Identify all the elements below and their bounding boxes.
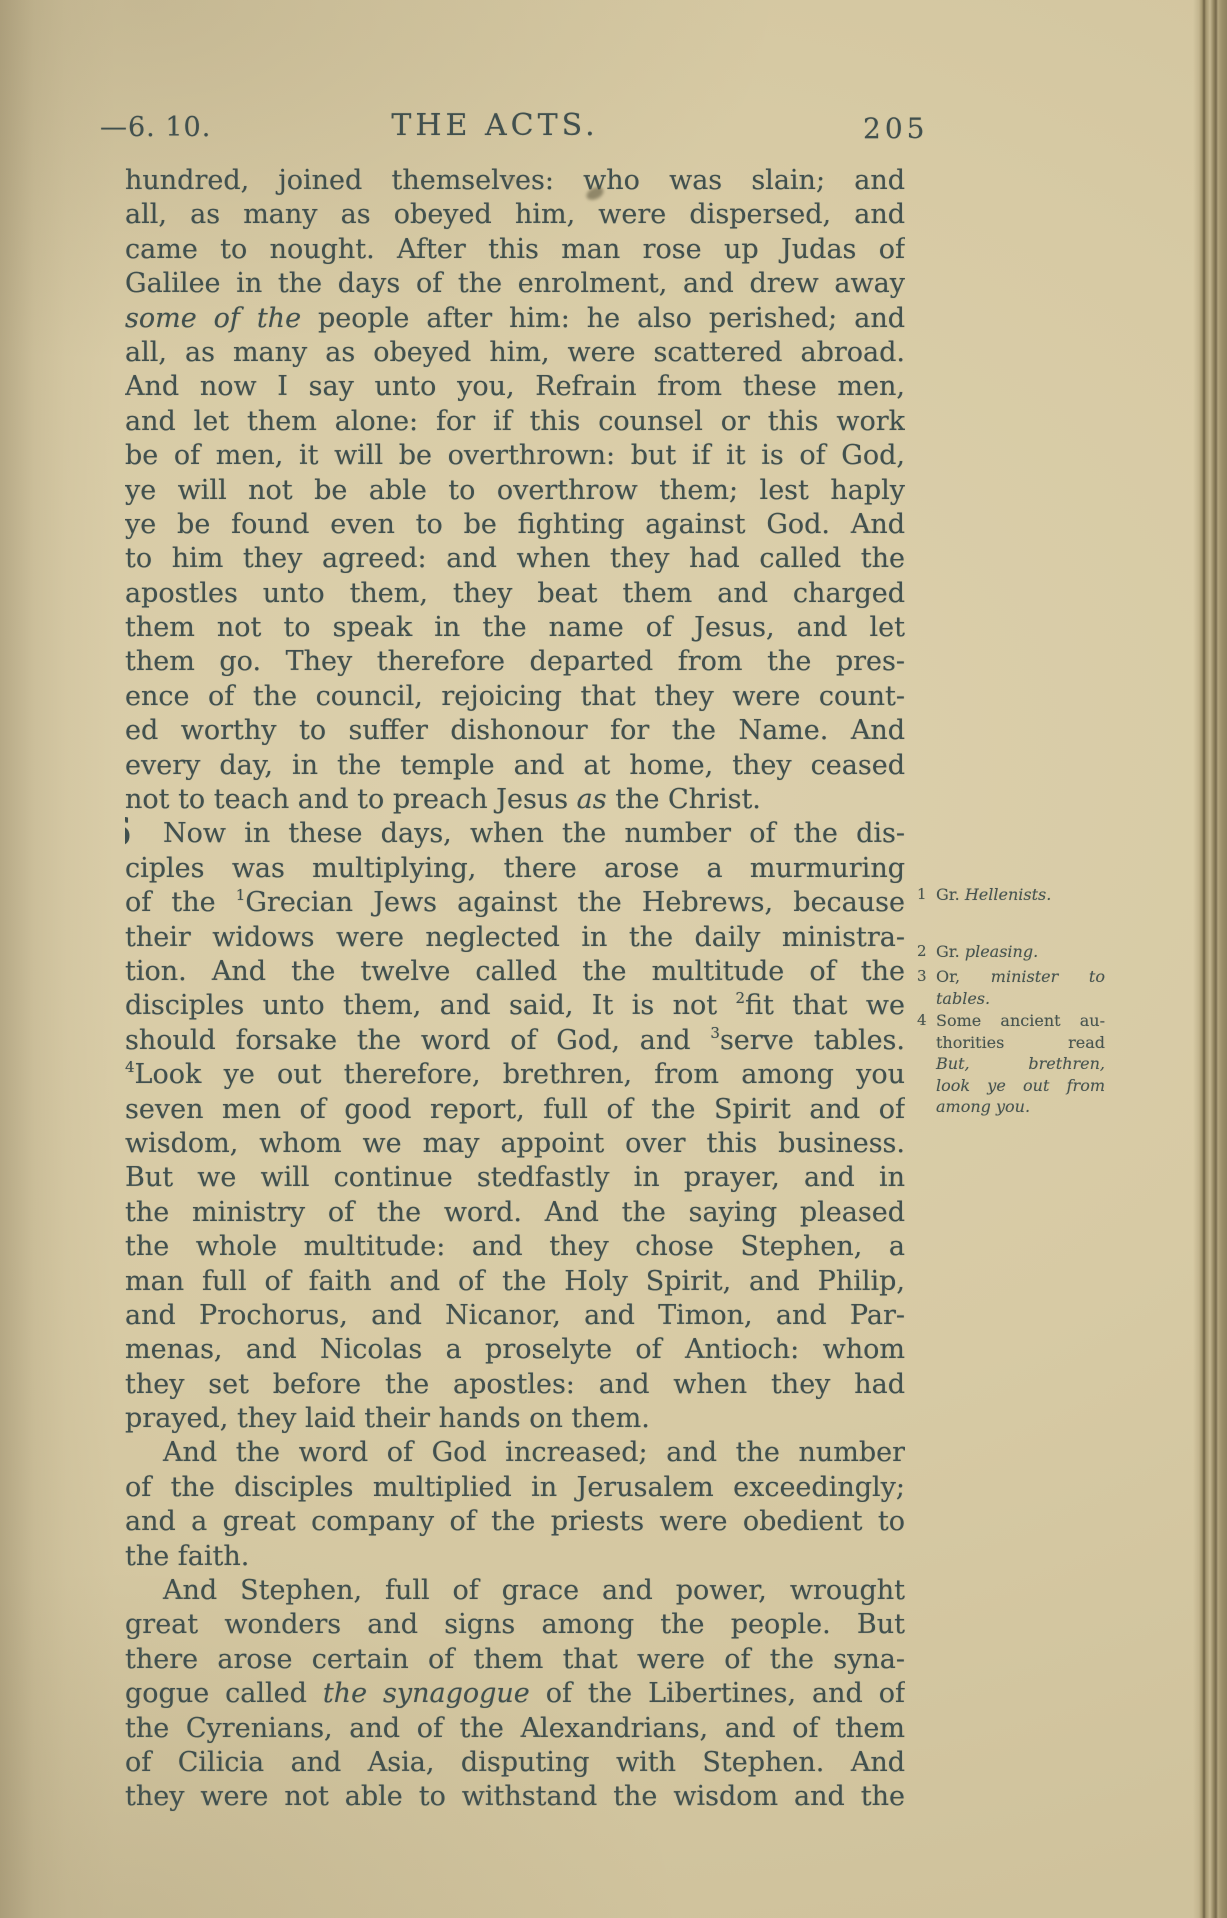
body-text: hundred, joined themselves: who was slai… — [125, 164, 905, 1815]
text-line: 40ye be found even to be fighting agains… — [125, 508, 905, 542]
text-line: the whole multitude: and they chose Step… — [125, 1230, 905, 1264]
text-segment: hundred, joined themselves: who was slai… — [125, 165, 905, 196]
text-line: apostles unto them, they beat them and c… — [125, 577, 905, 611]
text-segment: ed worthy to suffer dishonour for the Na… — [125, 715, 905, 746]
text-line: they were not able to withstand the wisd… — [125, 1780, 905, 1814]
text-segment: Gr. — [936, 885, 965, 904]
text-segment: wisdom, whom we may appoint over this bu… — [125, 1128, 905, 1159]
text-segment: of the disciples multiplied in Jerusalem… — [125, 1472, 905, 1503]
text-segment: ye will not be able to overthrow them; l… — [125, 475, 905, 506]
text-line: all, as many as obeyed him, were dispers… — [125, 198, 905, 232]
text-line: gogue called the synagogue of the Libert… — [125, 1677, 905, 1711]
text-segment: gogue called — [125, 1678, 323, 1709]
text-segment: tion. And the twelve called the multitud… — [125, 956, 905, 987]
margin-note: 4Some ancient au-thorities readBut, bret… — [917, 1010, 1105, 1118]
running-title: THE ACTS. — [0, 108, 990, 143]
text-segment: to him they agreed: and when they had ca… — [125, 543, 905, 574]
text-line: some of the people after him: he also pe… — [125, 302, 905, 336]
text-line: and Prochorus, and Nicanor, and Timon, a… — [125, 1299, 905, 1333]
text-line: 39be of men, it will be overthrown: but … — [125, 439, 905, 473]
text-segment: and let them alone: for if this counsel … — [125, 406, 905, 437]
text-line: 34Look ye out therefore, brethren, from … — [125, 1058, 905, 1092]
text-segment: and a great company of the priests were … — [125, 1506, 905, 1537]
text-segment: the whole multitude: and they chose Step… — [125, 1231, 905, 1262]
text-segment: among you. — [936, 1097, 1030, 1116]
text-segment: as — [577, 784, 607, 815]
text-line: 38And now I say unto you, Refrain from t… — [125, 370, 905, 404]
text-segment: ciples was multiplying, there arose a mu… — [125, 853, 905, 884]
text-line: 7And the word of God increased; and the … — [125, 1436, 905, 1470]
text-line: prayed, they laid their hands on them. — [125, 1402, 905, 1436]
text-segment: tables. — [936, 989, 990, 1008]
text-line: ciples was multiplying, there arose a mu… — [125, 852, 905, 886]
text-line: seven men of good report, full of the Sp… — [125, 1093, 905, 1127]
text-segment: came to nought. After this man rose up J… — [125, 234, 905, 265]
text-segment: apostles unto them, they beat them and c… — [125, 578, 905, 609]
text-line: the faith. — [125, 1540, 905, 1574]
text-line: and let them alone: for if this counsel … — [125, 405, 905, 439]
text-segment: should forsake the word of God, and — [125, 1025, 710, 1056]
text-line: ye will not be able to overthrow them; l… — [125, 474, 905, 508]
text-segment: of the — [125, 887, 236, 918]
margin-note-line: Gr. pleasing. — [936, 941, 1105, 963]
text-line: all, as many as obeyed him, were scatter… — [125, 336, 905, 370]
text-line: 42ed worthy to suffer dishonour for the … — [125, 714, 905, 748]
note-marker: 4 — [125, 1058, 135, 1076]
text-segment: ence of the council, rejoicing that they… — [125, 681, 905, 712]
text-line: should forsake the word of God, and 3ser… — [125, 1024, 905, 1058]
text-line: 5the ministry of the word. And the sayin… — [125, 1196, 905, 1230]
text-segment: Some ancient au- — [936, 1011, 1105, 1030]
margin-note-number: 3 — [917, 966, 927, 988]
text-line: to him they agreed: and when they had ca… — [125, 542, 905, 576]
margin-note: 2Gr. pleasing. — [917, 941, 1105, 963]
text-segment: ye be found even to be fighting against … — [125, 509, 905, 540]
text-segment: the Cyrenians, and of the Alexandrians, … — [125, 1713, 905, 1744]
text-segment: man full of faith and of the Holy Spirit… — [125, 1266, 905, 1297]
text-line: and a great company of the priests were … — [125, 1505, 905, 1539]
text-segment: seven men of good report, full of the Sp… — [125, 1094, 905, 1125]
text-segment: the Christ. — [607, 784, 761, 815]
text-line: them not to speak in the name of Jesus, … — [125, 611, 905, 645]
text-segment: And the word of God increased; and the n… — [163, 1437, 905, 1468]
text-line: of the 1Grecian Jews against the Hebrews… — [125, 886, 905, 920]
text-segment: Grecian Jews against the Hebrews, becaus… — [245, 887, 905, 918]
text-line: of the disciples multiplied in Jerusalem… — [125, 1471, 905, 1505]
text-segment: prayed, they laid their hands on them. — [125, 1403, 650, 1434]
text-line: there arose certain of them that were of… — [125, 1643, 905, 1677]
text-line: 4But we will continue stedfastly in pray… — [125, 1161, 905, 1195]
text-line: the Cyrenians, and of the Alexandrians, … — [125, 1712, 905, 1746]
text-segment: they set before the apostles: and when t… — [125, 1369, 905, 1400]
note-marker: 2 — [736, 989, 746, 1007]
text-segment: Look ye out therefore, brethren, from am… — [135, 1059, 905, 1090]
book-page-scan: { "page": { "header": { "section_ref": "… — [0, 0, 1227, 1918]
margin-note-number: 1 — [917, 884, 927, 906]
book-page-edge-stripes — [1193, 0, 1227, 1918]
text-segment: look ye out from — [936, 1076, 1105, 1095]
margin-note: 1Gr. Hellenists. — [917, 884, 1105, 906]
text-line: their widows were neglected in the daily… — [125, 921, 905, 955]
margin-note-line: Gr. Hellenists. — [936, 884, 1105, 906]
text-line: not to teach and to preach Jesus as the … — [125, 783, 905, 817]
text-segment: the ministry of the word. And the saying… — [125, 1197, 905, 1228]
text-segment: the faith. — [125, 1541, 249, 1572]
text-line: 9great wonders and signs among the peopl… — [125, 1608, 905, 1642]
margin-note-line: among you. — [936, 1096, 1105, 1118]
note-marker: 1 — [236, 886, 246, 904]
text-line: ence of the council, rejoicing that they… — [125, 680, 905, 714]
text-segment: the synagogue — [323, 1678, 530, 1709]
text-segment: their widows were neglected in the daily… — [125, 922, 905, 953]
text-segment: they were not able to withstand the wisd… — [125, 1781, 905, 1812]
margin-note: 3Or, minister totables. — [917, 966, 1105, 1009]
text-segment: minister to — [991, 967, 1105, 986]
text-segment: disciples unto them, and said, It is not — [125, 990, 736, 1021]
text-segment: Hellenists. — [965, 885, 1051, 904]
page-number: 205 — [863, 112, 928, 145]
text-segment: them go. They therefore departed from th… — [125, 646, 905, 677]
text-line: 2tion. And the twelve called the multitu… — [125, 955, 905, 989]
text-segment: thorities read — [936, 1033, 1105, 1052]
text-segment: But we will continue stedfastly in praye… — [125, 1162, 905, 1193]
text-segment: Or, — [936, 967, 991, 986]
text-line: hundred, joined themselves: who was slai… — [125, 164, 905, 198]
margin-note-line: thorities read — [936, 1032, 1105, 1054]
text-segment: all, as many as obeyed him, were dispers… — [125, 199, 905, 230]
text-line: 10of Cilicia and Asia, disputing with St… — [125, 1746, 905, 1780]
margin-note-line: Some ancient au- — [936, 1010, 1105, 1032]
text-segment: not to teach and to preach Jesus — [125, 784, 577, 815]
text-segment: there arose certain of them that were of… — [125, 1644, 905, 1675]
text-line: Galilee in the days of the enrolment, an… — [125, 267, 905, 301]
text-segment: all, as many as obeyed him, were scatter… — [125, 337, 905, 368]
text-segment: And now I say unto you, Refrain from the… — [125, 371, 905, 402]
text-line: disciples unto them, and said, It is not… — [125, 989, 905, 1023]
margin-note-line: tables. — [936, 988, 1105, 1010]
margin-note-line: look ye out from — [936, 1075, 1105, 1097]
text-segment: of the Libertines, and of — [530, 1678, 905, 1709]
text-line: 37came to nought. After this man rose up… — [125, 233, 905, 267]
text-line: 41them go. They therefore departed from … — [125, 645, 905, 679]
text-line: man full of faith and of the Holy Spirit… — [125, 1265, 905, 1299]
text-segment: of Cilicia and Asia, disputing with Step… — [125, 1747, 905, 1778]
margin-note-line: Or, minister to — [936, 966, 1105, 988]
text-segment: and Prochorus, and Nicanor, and Timon, a… — [125, 1300, 905, 1331]
text-segment: Now in these days, when the number of th… — [163, 818, 905, 849]
text-segment: fit that we — [745, 990, 905, 1021]
text-segment: some of the — [125, 303, 301, 334]
margin-note-number: 4 — [917, 1010, 927, 1032]
margin-note-number: 2 — [917, 941, 927, 963]
text-segment: But, brethren, — [936, 1054, 1105, 1073]
text-segment: great wonders and signs among the people… — [125, 1609, 905, 1640]
text-segment: them not to speak in the name of Jesus, … — [125, 612, 905, 643]
margin-note-line: But, brethren, — [936, 1053, 1105, 1075]
text-segment: be of men, it will be overthrown: but if… — [125, 440, 905, 471]
text-segment: And Stephen, full of grace and power, wr… — [163, 1575, 905, 1606]
text-line: they set before the apostles: and when t… — [125, 1368, 905, 1402]
text-segment: pleasing. — [965, 942, 1038, 961]
text-line: every day, in the temple and at home, th… — [125, 749, 905, 783]
text-segment: people after him: he also perished; and — [301, 303, 905, 334]
ink-smudge — [507, 176, 515, 182]
text-segment: serve tables. — [720, 1025, 905, 1056]
text-segment: every day, in the temple and at home, th… — [125, 750, 905, 781]
text-segment: Gr. — [936, 942, 965, 961]
text-line: 8And Stephen, full of grace and power, w… — [125, 1574, 905, 1608]
text-line: wisdom, whom we may appoint over this bu… — [125, 1127, 905, 1161]
text-segment: Galilee in the days of the enrolment, an… — [125, 268, 905, 299]
text-line: 6Now in these days, when the number of t… — [125, 817, 905, 851]
text-segment: menas, and Nicolas a proselyte of Antioc… — [125, 1334, 905, 1365]
note-marker: 3 — [710, 1024, 720, 1042]
text-line: 6menas, and Nicolas a proselyte of Antio… — [125, 1333, 905, 1367]
